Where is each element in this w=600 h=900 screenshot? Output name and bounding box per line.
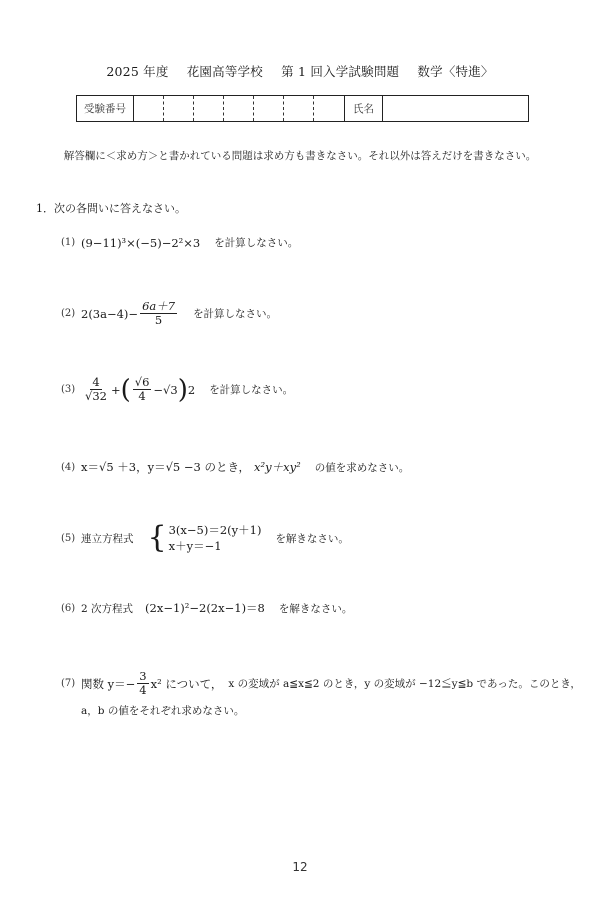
domain-condition: x の変域が a≦x≦2 のとき，y の変域が −12≦y≦b であった。このと… (228, 676, 581, 691)
exam-number-digit-box[interactable] (313, 96, 344, 121)
exam-number-digit-box[interactable] (283, 96, 313, 121)
question-number: (2) (61, 308, 81, 319)
question-number: (3) (61, 384, 81, 395)
question-number: (6) (61, 603, 81, 614)
fraction-numerator: 6a＋7 (140, 300, 177, 314)
question-7: (7) 関数 y＝− 3 4 x² について， x の変域が a≦x≦2 のとき… (61, 670, 581, 697)
page-number: 12 (0, 860, 600, 874)
question-7-line-2: a，b の値をそれぞれ求めなさい。 (81, 703, 244, 718)
fraction-denominator: 4 (137, 684, 148, 697)
question-instruction: を解きなさい。 (275, 531, 349, 546)
question-number: (5) (61, 533, 81, 544)
question-6: (6) 2 次方程式 (2x−1)²−2(2x−1)＝8 を解きなさい。 (61, 600, 352, 616)
exam-number-digit-box[interactable] (223, 96, 253, 121)
question-5: (5) 連立方程式 { 3(x−5)＝2(y＋1) x＋y＝−1 を解きなさい。 (61, 522, 349, 554)
question-number: (4) (61, 462, 81, 473)
question-condition: x＝√5 ＋3，y＝√5 −3 のとき， (81, 459, 250, 475)
exam-number-label: 受験番号 (77, 96, 133, 121)
question-3: (3) 4 √32 + ( √6 4 −√3 ) 2 を計算しなさい。 (61, 376, 293, 403)
question-label: 2 次方程式 (81, 601, 133, 616)
fraction-denominator: 4 (136, 390, 147, 403)
exam-id-table: 受験番号 氏名 (76, 95, 529, 122)
exam-name: 第 1 回入学試験問題 (281, 64, 399, 79)
exam-number-digit-box[interactable] (253, 96, 283, 121)
exam-number-digit-box[interactable] (193, 96, 223, 121)
instructions: 解答欄に＜求め方＞と書かれている問題は求め方も書きなさい。それ以外は答えだけを書… (0, 148, 600, 163)
right-paren: ) (178, 377, 188, 403)
equation-2: x＋y＝−1 (169, 538, 262, 554)
exponent: 2 (188, 383, 195, 397)
exam-number-digit-box[interactable] (163, 96, 193, 121)
equation-system: { 3(x−5)＝2(y＋1) x＋y＝−1 (148, 522, 262, 554)
question-4: (4) x＝√5 ＋3，y＝√5 −3 のとき， x²y＋xy² の値を求めなさ… (61, 459, 409, 475)
plus-sign: + (111, 383, 121, 397)
question-label: 連立方程式 (81, 531, 134, 546)
question-number: (1) (61, 237, 81, 248)
question-number: (7) (61, 678, 81, 689)
question-instruction: を解きなさい。 (279, 601, 353, 616)
question-expression-lead: 2(3a−4)− (81, 307, 138, 321)
name-label: 氏名 (344, 96, 382, 121)
function-tail: x² について， (151, 676, 223, 692)
equation-1: 3(x−5)＝2(y＋1) (169, 522, 262, 538)
question-instruction: を計算しなさい。 (209, 382, 293, 397)
fraction-numerator: 3 (137, 670, 148, 684)
expression-tail: −√3 (153, 383, 177, 397)
fraction-numerator: 4 (90, 376, 101, 390)
left-paren: ( (121, 377, 131, 403)
question-instruction: を計算しなさい。 (214, 235, 298, 250)
exam-number-digit-box[interactable] (133, 96, 163, 121)
section-heading: 1．次の各問いに答えなさい。 (36, 200, 186, 216)
fraction-denominator: 5 (153, 314, 164, 327)
question-1: (1) (9−11)³×(−5)−2²×3 を計算しなさい。 (61, 235, 298, 250)
school-name: 花園高等学校 (187, 64, 263, 79)
fraction-numerator: √6 (133, 376, 152, 390)
fraction: 6a＋7 5 (140, 300, 177, 327)
fraction: 3 4 (137, 670, 148, 697)
function-lead: 関数 y＝− (81, 676, 135, 692)
exam-year: 2025 年度 (106, 64, 168, 79)
subject-name: 数学〈特進〉 (417, 64, 493, 79)
fraction: 4 √32 (83, 376, 109, 403)
question-expression: (2x−1)²−2(2x−1)＝8 (145, 600, 265, 616)
exam-title: 2025 年度 花園高等学校 第 1 回入学試験問題 数学〈特進〉 (0, 62, 600, 80)
question-expression: (9−11)³×(−5)−2²×3 (81, 236, 200, 250)
question-instruction: を計算しなさい。 (193, 306, 277, 321)
fraction: √6 4 (133, 376, 152, 403)
brace: { (148, 523, 167, 553)
name-field[interactable] (382, 96, 528, 121)
question-instruction: の値を求めなさい。 (315, 460, 410, 475)
question-expression: x²y＋xy² (254, 459, 301, 475)
fraction-denominator: √32 (83, 390, 109, 403)
question-2: (2) 2(3a−4)− 6a＋7 5 を計算しなさい。 (61, 300, 277, 327)
